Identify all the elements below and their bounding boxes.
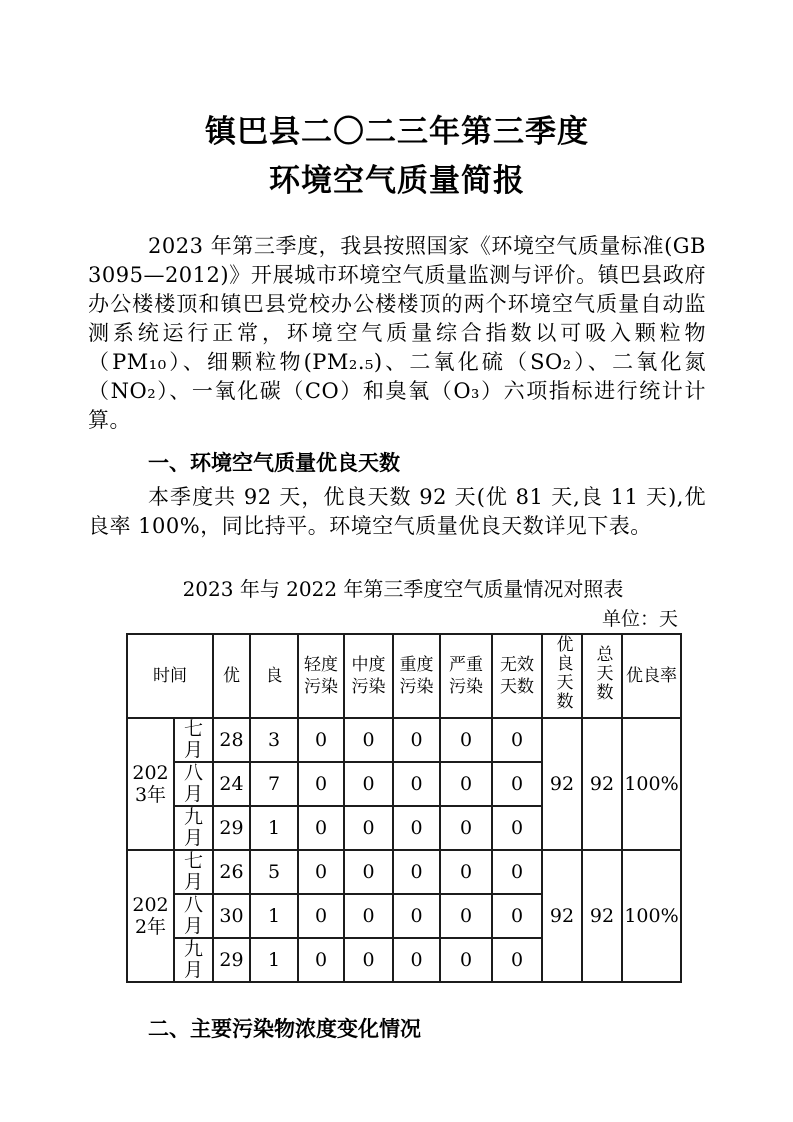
good-rate-2022: 100% [622, 850, 681, 982]
intro-paragraph: 2023 年第三季度，我县按照国家《环境空气质量标准(GB 3095—2012)… [88, 232, 706, 435]
col-header-good-days: 优良天数 [542, 634, 582, 718]
table-row-2023-jul: 2023年 七月 28 3 0 0 0 0 0 92 92 100% [127, 718, 681, 762]
month-cell: 九月 [174, 806, 213, 850]
col-header-total-days-label: 总天数 [594, 645, 611, 702]
comparison-table-block: 2023 年与 2022 年第三季度空气质量情况对照表 单位：天 时间 优 良 … [126, 575, 680, 983]
heavy-pollution-value: 0 [393, 762, 440, 806]
excellent-days-value: 26 [213, 850, 250, 894]
moderate-pollution-value: 0 [344, 762, 393, 806]
air-quality-table: 时间 优 良 轻度污染 中度污染 重度污染 严重污染 无效天数 优良天数 总天数… [126, 633, 682, 983]
severe-pollution-value: 0 [440, 850, 492, 894]
col-header-invalid-days: 无效天数 [492, 634, 542, 718]
summary-paragraph: 本季度共 92 天，优良天数 92 天(优 81 天,良 11 天),优良率 1… [88, 483, 706, 541]
invalid-days-value: 0 [492, 718, 542, 762]
light-pollution-value: 0 [298, 718, 344, 762]
severe-pollution-value: 0 [440, 938, 492, 982]
month-cell: 七月 [174, 850, 213, 894]
good-days-value: 1 [250, 938, 298, 982]
invalid-days-value: 0 [492, 850, 542, 894]
section-heading-1: 一、环境空气质量优良天数 [148, 449, 706, 477]
moderate-pollution-value: 0 [344, 938, 393, 982]
good-days-value: 7 [250, 762, 298, 806]
document-title-line1: 镇巴县二〇二三年第三季度 [88, 108, 706, 157]
good-days-value: 1 [250, 894, 298, 938]
excellent-days-value: 24 [213, 762, 250, 806]
good-rate-2023: 100% [622, 718, 681, 850]
month-cell: 七月 [174, 718, 213, 762]
document-title: 镇巴县二〇二三年第三季度 环境空气质量简报 [88, 108, 706, 206]
heavy-pollution-value: 0 [393, 894, 440, 938]
col-header-severe-pollution: 严重污染 [440, 634, 492, 718]
col-header-heavy-pollution: 重度污染 [393, 634, 440, 718]
moderate-pollution-value: 0 [344, 806, 393, 850]
month-cell: 八月 [174, 894, 213, 938]
heavy-pollution-value: 0 [393, 718, 440, 762]
col-header-good-days-label: 优良天数 [554, 635, 571, 711]
heavy-pollution-value: 0 [393, 850, 440, 894]
col-header-moderate-pollution: 中度污染 [344, 634, 393, 718]
col-header-good: 良 [250, 634, 298, 718]
severe-pollution-value: 0 [440, 718, 492, 762]
severe-pollution-value: 0 [440, 894, 492, 938]
excellent-days-value: 28 [213, 718, 250, 762]
col-header-total-days: 总天数 [582, 634, 622, 718]
excellent-days-value: 29 [213, 806, 250, 850]
heavy-pollution-value: 0 [393, 806, 440, 850]
light-pollution-value: 0 [298, 938, 344, 982]
moderate-pollution-value: 0 [344, 894, 393, 938]
table-row-2022-jul: 2022年 七月 26 5 0 0 0 0 0 92 92 100% [127, 850, 681, 894]
table-unit-label: 单位：天 [126, 607, 678, 631]
severe-pollution-value: 0 [440, 762, 492, 806]
total-days-2022: 92 [582, 850, 622, 982]
col-header-time: 时间 [127, 634, 213, 718]
excellent-days-value: 30 [213, 894, 250, 938]
col-header-good-rate: 优良率 [622, 634, 681, 718]
invalid-days-value: 0 [492, 762, 542, 806]
good-days-value: 5 [250, 850, 298, 894]
table-header-row: 时间 优 良 轻度污染 中度污染 重度污染 严重污染 无效天数 优良天数 总天数… [127, 634, 681, 718]
month-cell: 八月 [174, 762, 213, 806]
section-heading-2: 二、主要污染物浓度变化情况 [148, 1015, 706, 1043]
good-days-total-2023: 92 [542, 718, 582, 850]
year-cell-2022: 2022年 [127, 850, 174, 982]
light-pollution-value: 0 [298, 762, 344, 806]
invalid-days-value: 0 [492, 806, 542, 850]
moderate-pollution-value: 0 [344, 718, 393, 762]
light-pollution-value: 0 [298, 894, 344, 938]
good-days-value: 1 [250, 806, 298, 850]
moderate-pollution-value: 0 [344, 850, 393, 894]
heavy-pollution-value: 0 [393, 938, 440, 982]
total-days-2023: 92 [582, 718, 622, 850]
severe-pollution-value: 0 [440, 806, 492, 850]
month-cell: 九月 [174, 938, 213, 982]
light-pollution-value: 0 [298, 850, 344, 894]
table-caption: 2023 年与 2022 年第三季度空气质量情况对照表 [126, 575, 680, 603]
invalid-days-value: 0 [492, 894, 542, 938]
col-header-excellent: 优 [213, 634, 250, 718]
excellent-days-value: 29 [213, 938, 250, 982]
good-days-value: 3 [250, 718, 298, 762]
light-pollution-value: 0 [298, 806, 344, 850]
invalid-days-value: 0 [492, 938, 542, 982]
year-cell-2023: 2023年 [127, 718, 174, 850]
document-page: 镇巴县二〇二三年第三季度 环境空气质量简报 2023 年第三季度，我县按照国家《… [0, 0, 793, 1122]
col-header-light-pollution: 轻度污染 [298, 634, 344, 718]
document-title-line2: 环境空气质量简报 [88, 157, 706, 206]
good-days-total-2022: 92 [542, 850, 582, 982]
